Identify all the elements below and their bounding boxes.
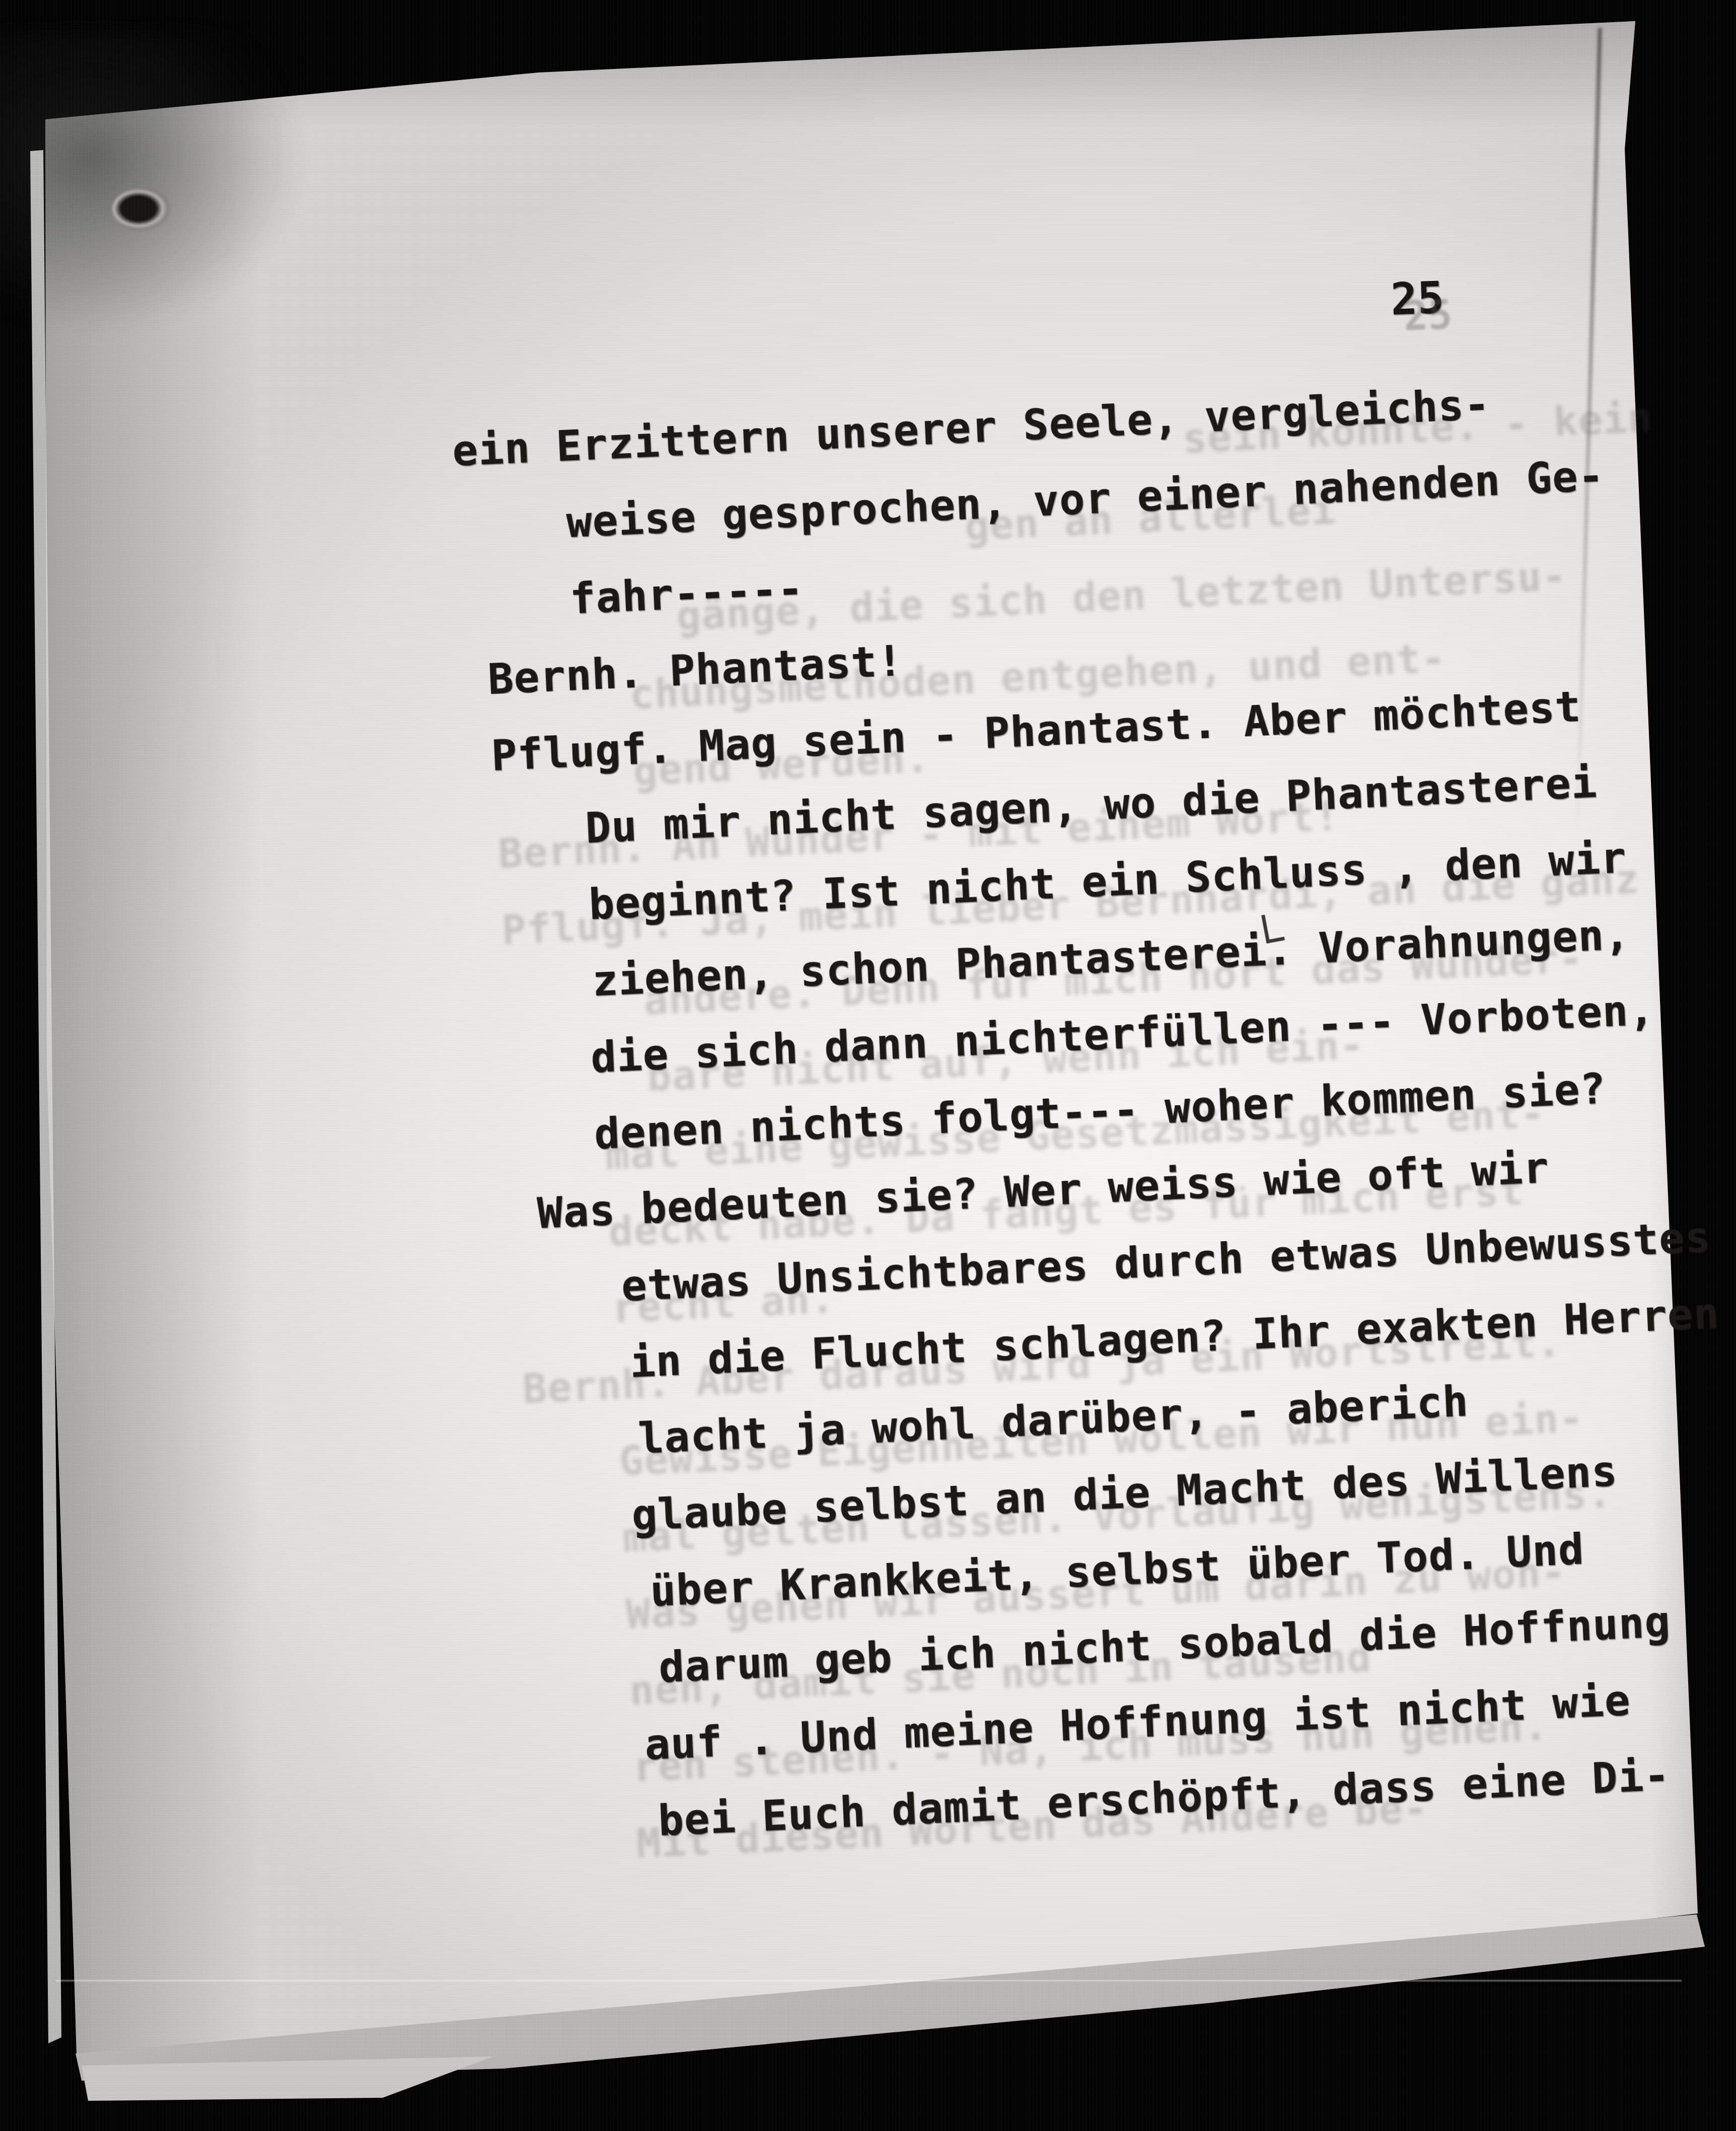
- scan-artifact-line: [55, 1980, 1682, 1981]
- page-number-ghost-impression: 25: [1403, 292, 1453, 339]
- typescript-lines: ein Erzittern unserer Seele, vergleichs-…: [451, 358, 1724, 1866]
- paper-hole-tear: [112, 187, 171, 232]
- paper-shadow-top-left: [0, 30, 524, 483]
- typescript-text-block: sein könnte. - keingen an allerleigänge,…: [451, 358, 1724, 1866]
- photograph-of-manuscript-page: 25 25 sein könnte. - keingen an allerlei…: [0, 0, 1736, 2131]
